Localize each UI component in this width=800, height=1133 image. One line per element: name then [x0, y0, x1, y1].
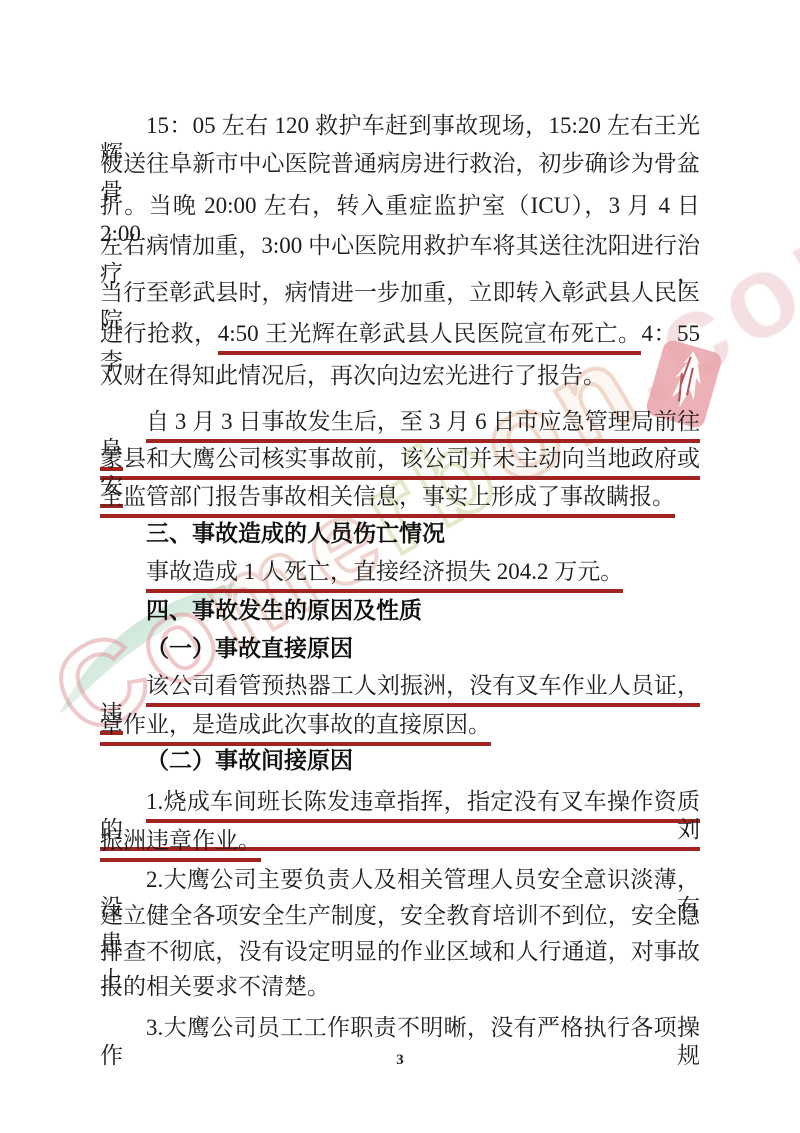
- text-line: 左右病情加重，3:00 中心医院用救护车将其送往沈阳进行治疗，: [100, 232, 700, 260]
- text-line: 15：05 左右 120 救护车赶到事故现场，15:20 左右王光辉: [100, 112, 700, 140]
- subsection-heading: （二）事故间接原因: [100, 746, 700, 774]
- text-line: 振洲违章作业。: [100, 827, 700, 855]
- text-line: 进行抢救，4:50 王光辉在彰武县人民医院宣布死亡。4：55 李: [100, 320, 700, 348]
- text-line: 全监管部门报告事故相关信息，事实上形成了事故瞒报。: [100, 483, 700, 511]
- subsection-heading: （一）事故直接原因: [100, 634, 700, 662]
- red-underlined-text: 事故造成 1 人死亡，直接经济损失 204.2 万元。: [146, 559, 623, 593]
- text-line: 建立健全各项安全生产制度，安全教育培训不到位，安全隐患: [100, 902, 700, 930]
- page-number: 3: [0, 1052, 800, 1069]
- text-line: 蒙县和大鹰公司核实事故前，该公司并未主动向当地政府或安: [100, 445, 700, 473]
- red-underlined-text: 全监管部门报告事故相关信息，事实上形成了事故瞒报。: [100, 484, 675, 518]
- red-underlined-text: 4:50 王光辉在彰武县人民医院宣布死亡。: [218, 321, 642, 355]
- section-heading: 四、事故发生的原因及性质: [100, 596, 700, 624]
- text-line: 排查不彻底，没有设定明显的作业区域和人行通道，对事故上: [100, 938, 700, 966]
- red-underlined-text: 章作业，是造成此次事故的直接原因。: [100, 712, 491, 746]
- text-line: 双财在得知此情况后，再次向边宏光进行了报告。: [100, 362, 700, 390]
- text-line: 1.烧成车间班长陈发违章指挥，指定没有叉车操作资质的刘: [100, 788, 700, 816]
- section-heading: 三、事故造成的人员伤亡情况: [100, 519, 700, 547]
- document-body: 15：05 左右 120 救护车赶到事故现场，15:20 左右王光辉 被送往阜新…: [100, 0, 700, 1133]
- text-line: 自 3 月 3 日事故发生后，至 3 月 6 日市应急管理局前往阜: [100, 408, 700, 436]
- text-line: 2.大鹰公司主要负责人及相关管理人员安全意识淡薄，没有: [100, 866, 700, 894]
- text-line: 事故造成 1 人死亡，直接经济损失 204.2 万元。: [100, 558, 700, 586]
- text-line: 折。当晚 20:00 左右，转入重症监护室（ICU），3 月 4 日 2:00: [100, 192, 700, 220]
- text-line: 被送往阜新市中心医院普通病房进行救治，初步确诊为骨盆骨: [100, 150, 700, 178]
- text-line: 该公司看管预热器工人刘振洲，没有叉车作业人员证，违: [100, 672, 700, 700]
- text-line: 报的相关要求不清楚。: [100, 973, 700, 1001]
- document-page: Comerbon.com 15：05 左右 120 救护车赶到事故现场，15:2…: [0, 0, 800, 1133]
- text-line: 章作业，是造成此次事故的直接原因。: [100, 711, 700, 739]
- text-line: 3.大鹰公司员工工作职责不明晰，没有严格执行各项操作规: [100, 1014, 700, 1042]
- text-line: 当行至彰武县时，病情进一步加重，立即转入彰武县人民医院: [100, 279, 700, 307]
- red-underlined-text: 振洲违章作业。: [100, 828, 261, 862]
